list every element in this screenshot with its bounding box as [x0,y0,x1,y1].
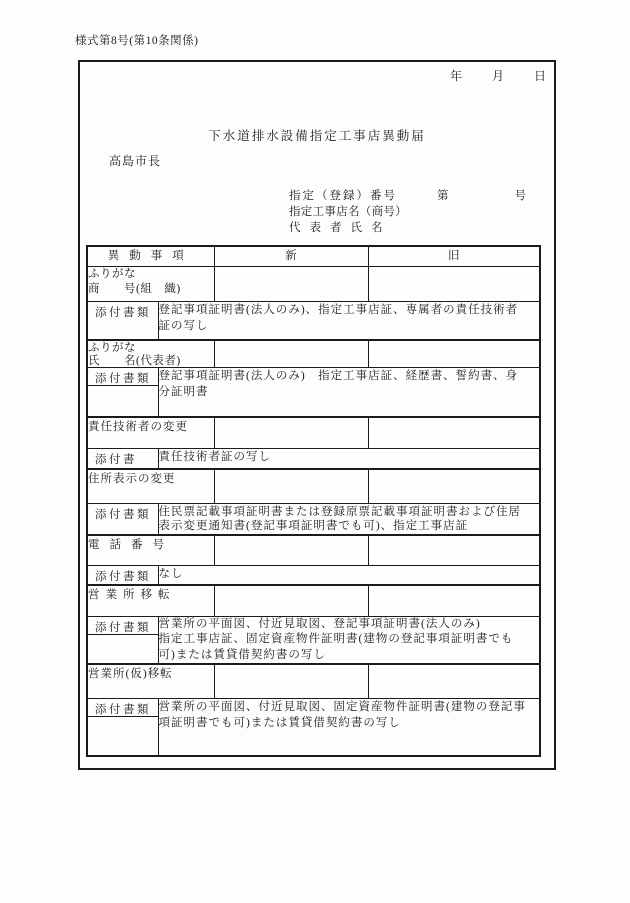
trade-name-attachments-row: 添付書類 登記事項証明書(法人のみ)、指定工事店証、専属者の責任技術者 証の写し [87,301,540,340]
designation-number-line: 指定（登録）番号第号 [289,188,526,204]
attachment-label: 添付書類 [88,368,158,386]
office-temp-relocation-label: 営業所(仮)移転 [88,668,173,680]
office-relocation-new-cell [214,585,368,616]
address-change-label: 住所表示の変更 [88,473,176,485]
phone-number-new-cell [214,535,368,566]
col-header-old: 旧 [368,246,540,266]
attachment-label: 添付書類 [88,566,158,584]
shop-name-label: 指定工事店名（商号） [289,204,526,220]
representative-name-label: 代表者氏名 [289,220,526,236]
engineer-change-attachments-row: 添付書 責任技術者証の写し [87,449,540,469]
date-month-label: 月 [492,67,504,84]
attachment-label: 添付書類 [88,302,158,320]
attachment-label-cell: 添付書類 [87,301,158,340]
document-page: 様式第8号(第10条関係) 年 月 日 下水道排水設備指定工事店異動届 高島市長… [0,0,630,903]
office-relocation-label-cell: 営業所移転 [87,585,214,616]
attachment-label-cell: 添付書類 [87,504,158,535]
representative-row: ふりがな 氏 名(代表者) [87,340,540,368]
phone-number-row: 電話番号 [87,535,540,566]
trade-name-old-cell [368,266,540,301]
addressee-label: 高島市長 [109,152,161,169]
designation-number-label: 指定（登録）番号 [289,190,397,202]
office-temp-relocation-attachments-row: 添付書類 営業所の平面図、付近見取図、固定資産物件証明書(建物の登記事 項証明書… [87,698,540,756]
attachment-label: 添付書類 [88,699,158,717]
engineer-change-old-cell [368,417,540,449]
representative-old-cell [368,340,540,368]
table-header-row: 異動事項 新 旧 [87,246,540,266]
trade-name-new-cell [214,266,368,301]
attachment-label-cell: 添付書類 [87,566,158,586]
representative-label: 氏 名(代表者) [88,355,214,368]
attachment-text: なし [158,566,540,586]
attachment-text: 登記事項証明書(法人のみ)、指定工事店証、専属者の責任技術者 証の写し [158,301,540,340]
engineer-change-label: 責任技術者の変更 [88,421,188,433]
attachment-text: 営業所の平面図、付近見取図、登記事項証明書(法人のみ) 指定工事店証、固定資産物… [158,616,540,664]
col-header-new: 新 [214,246,368,266]
representative-label-cell: ふりがな 氏 名(代表者) [87,340,214,368]
phone-number-old-cell [368,535,540,566]
form-title: 下水道排水設備指定工事店異動届 [80,126,554,144]
change-items-table: 異動事項 新 旧 ふりがな 商 号(組 織) 添付書類 登記事項証明書(法人のみ… [86,245,541,757]
date-line: 年 月 日 [450,67,546,84]
attachment-label-cell: 添付書類 [87,368,158,417]
phone-number-attachments-row: 添付書類 なし [87,566,540,586]
attachment-text: 責任技術者証の写し [158,449,540,469]
office-relocation-row: 営業所移転 [87,585,540,616]
number-suffix-label: 号 [515,190,527,202]
attachment-text: 営業所の平面図、付近見取図、固定資産物件証明書(建物の登記事 項証明書でも可)ま… [158,698,540,756]
address-change-label-cell: 住所表示の変更 [87,469,214,504]
phone-number-label-cell: 電話番号 [87,535,214,566]
attachment-label-cell: 添付書類 [87,698,158,756]
engineer-change-label-cell: 責任技術者の変更 [87,417,214,449]
office-temp-relocation-new-cell [214,664,368,698]
trade-name-row: ふりがな 商 号(組 織) [87,266,540,301]
attachment-text: 登記事項証明書(法人のみ) 指定工事店証、経歴書、誓約書、身 分証明書 [158,368,540,417]
number-prefix-label: 第 [437,190,449,202]
trade-name-label: 商 号(組 織) [88,282,214,298]
office-temp-relocation-old-cell [368,664,540,698]
office-temp-relocation-row: 営業所(仮)移転 [87,664,540,698]
office-temp-relocation-label-cell: 営業所(仮)移転 [87,664,214,698]
engineer-change-row: 責任技術者の変更 [87,417,540,449]
col-header-item: 異動事項 [87,246,214,266]
attachment-label: 添付書 [88,449,158,467]
address-change-attachments-row: 添付書類 住民票記載事項証明書または登録原票記載事項証明書および住居 表示変更通… [87,504,540,535]
date-day-label: 日 [534,67,546,84]
address-change-new-cell [214,469,368,504]
form-outer-box: 年 月 日 下水道排水設備指定工事店異動届 高島市長 指定（登録）番号第号 指定… [78,60,556,770]
trade-name-label-cell: ふりがな 商 号(組 織) [87,266,214,301]
address-change-row: 住所表示の変更 [87,469,540,504]
representative-attachments-row: 添付書類 登記事項証明書(法人のみ) 指定工事店証、経歴書、誓約書、身 分証明書 [87,368,540,417]
phone-number-label: 電話番号 [88,539,174,551]
attachment-label-cell: 添付書 [87,449,158,469]
engineer-change-new-cell [214,417,368,449]
address-change-old-cell [368,469,540,504]
identification-block: 指定（登録）番号第号 指定工事店名（商号） 代表者氏名 [289,188,526,236]
trade-name-furigana-label: ふりがな [88,267,214,283]
attachment-label: 添付書類 [88,617,158,635]
office-relocation-old-cell [368,585,540,616]
attachment-label: 添付書類 [88,504,158,522]
office-relocation-attachments-row: 添付書類 営業所の平面図、付近見取図、登記事項証明書(法人のみ) 指定工事店証、… [87,616,540,664]
office-relocation-label: 営業所移転 [88,589,176,601]
representative-new-cell [214,340,368,368]
attachment-text: 住民票記載事項証明書または登録原票記載事項証明書および住居 表示変更通知書(登記… [158,504,540,535]
attachment-label-cell: 添付書類 [87,616,158,664]
date-year-label: 年 [450,67,462,84]
form-number-label: 様式第8号(第10条関係) [75,32,198,48]
representative-furigana-label: ふりがな [88,342,214,355]
